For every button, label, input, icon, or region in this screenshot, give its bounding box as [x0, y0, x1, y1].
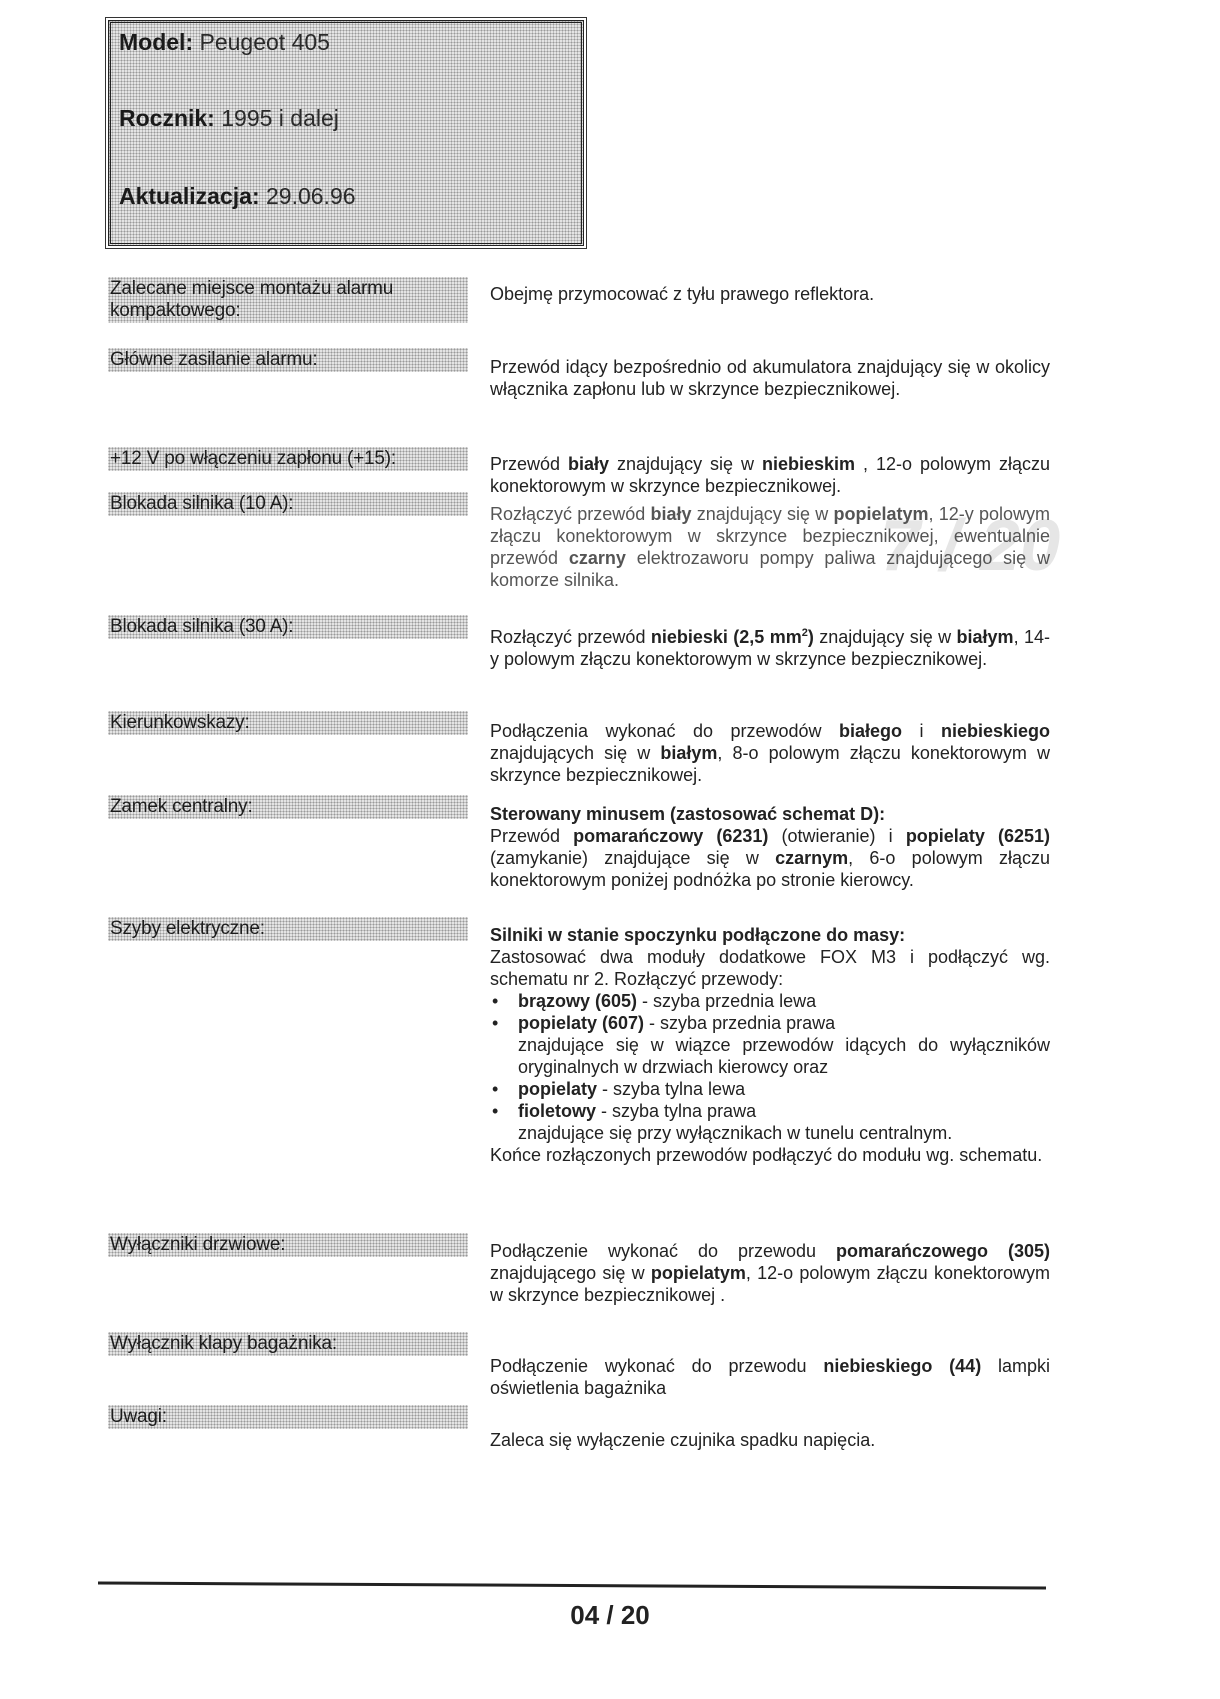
label-trunk-switch: Wyłącznik klapy bagażnika: [108, 1332, 468, 1356]
label-notes: Uwagi: [108, 1405, 468, 1429]
text-notes: Zaleca się wyłączenie czujnika spadku na… [490, 1429, 1050, 1451]
window-wires-front: brązowy (605) - szyba przednia lewa popi… [490, 990, 1050, 1034]
label-main-power: Główne zasilanie alarmu: [108, 348, 468, 372]
text-turn-signals: Podłączenia wykonać do przewodów białego… [490, 720, 1050, 786]
text-engine-block-10a: Rozłączyć przewód biały znajdujący się w… [490, 503, 1050, 591]
text-engine-block-30a: Rozłączyć przewód niebieski (2,5 mm2) zn… [490, 622, 1050, 670]
footer-rule [98, 1582, 1046, 1590]
label-turn-signals: Kierunkowskazy: [108, 711, 468, 735]
text-door-switches: Podłączenie wykonać do przewodu pomarańc… [490, 1240, 1050, 1306]
label-door-switches: Wyłączniki drzwiowe: [108, 1233, 468, 1257]
page-number: 04 / 20 [0, 1600, 1220, 1631]
label-mounting-location: Zalecane miejsce montażu alarmu kompakto… [108, 277, 468, 323]
text-ignition: Przewód biały znajdujący się w niebieski… [490, 453, 1050, 497]
model-value: Peugeot 405 [200, 29, 330, 55]
text-mounting-location: Obejmę przymocować z tyłu prawego reflek… [490, 283, 1050, 305]
update-line: Aktualizacja: 29.06.96 [119, 183, 356, 210]
list-item: fioletowy - szyba tylna prawa [490, 1100, 1050, 1122]
label-ignition: +12 V po włączeniu zapłonu (+15): [108, 447, 468, 471]
label-engine-block-30a: Blokada silnika (30 A): [108, 615, 468, 639]
year-line: Rocznik: 1995 i dalej [119, 105, 339, 132]
window-wires-rear: popielaty - szyba tylna lewa fioletowy -… [490, 1078, 1050, 1122]
list-item: popielaty - szyba tylna lewa [490, 1078, 1050, 1100]
label-central-lock: Zamek centralny: [108, 795, 468, 819]
year-value: 1995 i dalej [221, 105, 339, 131]
text-main-power: Przewód idący bezpośrednio od akumulator… [490, 356, 1050, 400]
label-engine-block-10a: Blokada silnika (10 A): [108, 492, 468, 516]
update-value: 29.06.96 [266, 183, 356, 209]
list-item: popielaty (607) - szyba przednia prawa [490, 1012, 1050, 1034]
label-power-windows: Szyby elektryczne: [108, 917, 468, 941]
text-central-lock: Sterowany minusem (zastosować schemat D)… [490, 803, 1050, 891]
list-item: brązowy (605) - szyba przednia lewa [490, 990, 1050, 1012]
model-line: Model: Peugeot 405 [119, 29, 330, 56]
text-trunk-switch: Podłączenie wykonać do przewodu niebiesk… [490, 1355, 1050, 1399]
text-power-windows: Silniki w stanie spoczynku podłączone do… [490, 924, 1050, 1166]
vehicle-info-box: Model: Peugeot 405 Rocznik: 1995 i dalej… [108, 20, 584, 246]
